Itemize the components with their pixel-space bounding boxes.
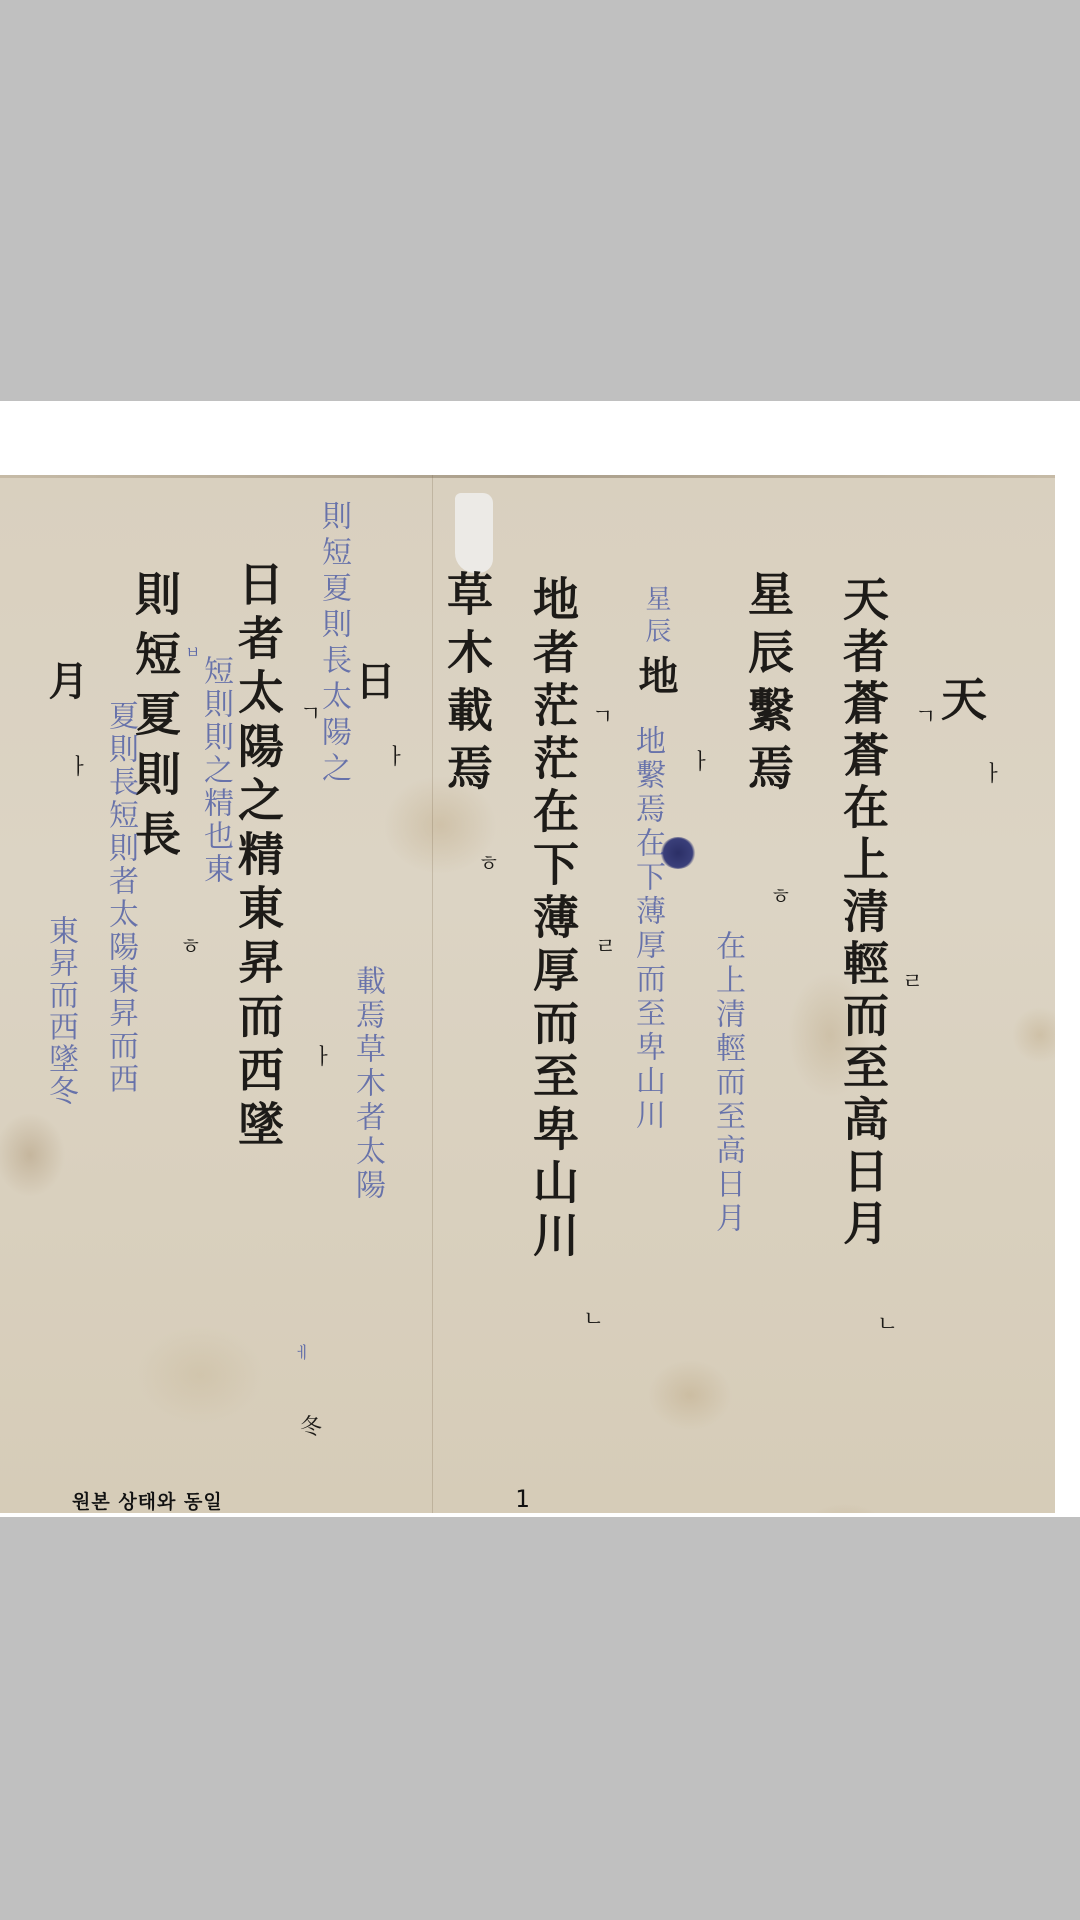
annotation-9: 夏則長短則者太陽東昇而西 [105, 700, 135, 1096]
tick-mark-3: ㄱ [300, 697, 321, 728]
annotation-4: 地繫焉在下薄厚而至卑山川 [632, 725, 662, 1133]
winter-note: 冬 [300, 1410, 322, 1441]
tick-mark-1: ㄱ [915, 700, 936, 731]
annotation-8: 短則則之精也東 [200, 655, 230, 886]
heading-heaven: 天 [938, 675, 984, 731]
mark-ne-1: ㄴ [583, 1302, 604, 1333]
phrase-end-3: ㅎ [180, 930, 201, 961]
tick-mark-2: ㄱ [592, 700, 613, 731]
main-column-6: 則短夏則長 [132, 570, 178, 870]
main-column-4: 草木載焉 [444, 570, 490, 802]
sun-mark: ㅏ [385, 740, 406, 771]
annotation-10: 東昇而西墜冬 [45, 915, 75, 1107]
ink-blot [660, 837, 696, 869]
main-column-3: 地者茫茫在下薄厚而至卑山川 [530, 575, 576, 1264]
annotation-5: 則短夏則長太陽之 [318, 500, 348, 788]
main-column-1: 天者蒼蒼在上清輕而至高日月 [840, 575, 886, 1251]
main-column-2: 星辰繫焉 [745, 570, 791, 802]
mark-go-1: ㄴ [877, 1307, 898, 1338]
mark-ro-1: ㄹ [902, 965, 923, 996]
phrase-end-1: ㅎ [770, 880, 791, 911]
paper-tear [455, 493, 493, 573]
heading-moon: 月 [45, 660, 85, 710]
annotation-3: 地 [635, 655, 675, 705]
earth-east-mark: ㅏ [312, 1040, 333, 1071]
main-column-5: 日者太陽之精東昇而西墜 [235, 560, 281, 1154]
page-fold-line [432, 475, 433, 1513]
earth-mark: ㅏ [690, 745, 711, 776]
footer-note: 원본 상태와 동일 [72, 1487, 223, 1513]
annotation-2: 星辰 [643, 585, 669, 649]
page-number: 1 [515, 1485, 529, 1513]
phrase-end-2: ㅎ [478, 847, 499, 878]
mark-ro-2: ㄹ [595, 930, 616, 961]
document-viewer: 天 ㅏ 天者蒼蒼在上清輕而至高日月 ㄱ ㄹ ㄴ 在上清輕而至高日月 星辰繫焉 ㅎ… [0, 0, 1080, 1920]
annotation-7: 載焉草木者太陽 [352, 965, 382, 1203]
annotation-1: 在上清輕而至高日月 [712, 930, 742, 1236]
short-note: ㅂ [185, 640, 200, 663]
west-note: ㅔ [295, 1340, 310, 1363]
heading-mark: ㅏ [982, 757, 1003, 788]
annotation-6: 日 [352, 660, 392, 710]
moon-mark: ㅏ [68, 750, 89, 781]
scanned-page: 天 ㅏ 天者蒼蒼在上清輕而至高日月 ㄱ ㄹ ㄴ 在上清輕而至高日月 星辰繫焉 ㅎ… [0, 475, 1055, 1513]
